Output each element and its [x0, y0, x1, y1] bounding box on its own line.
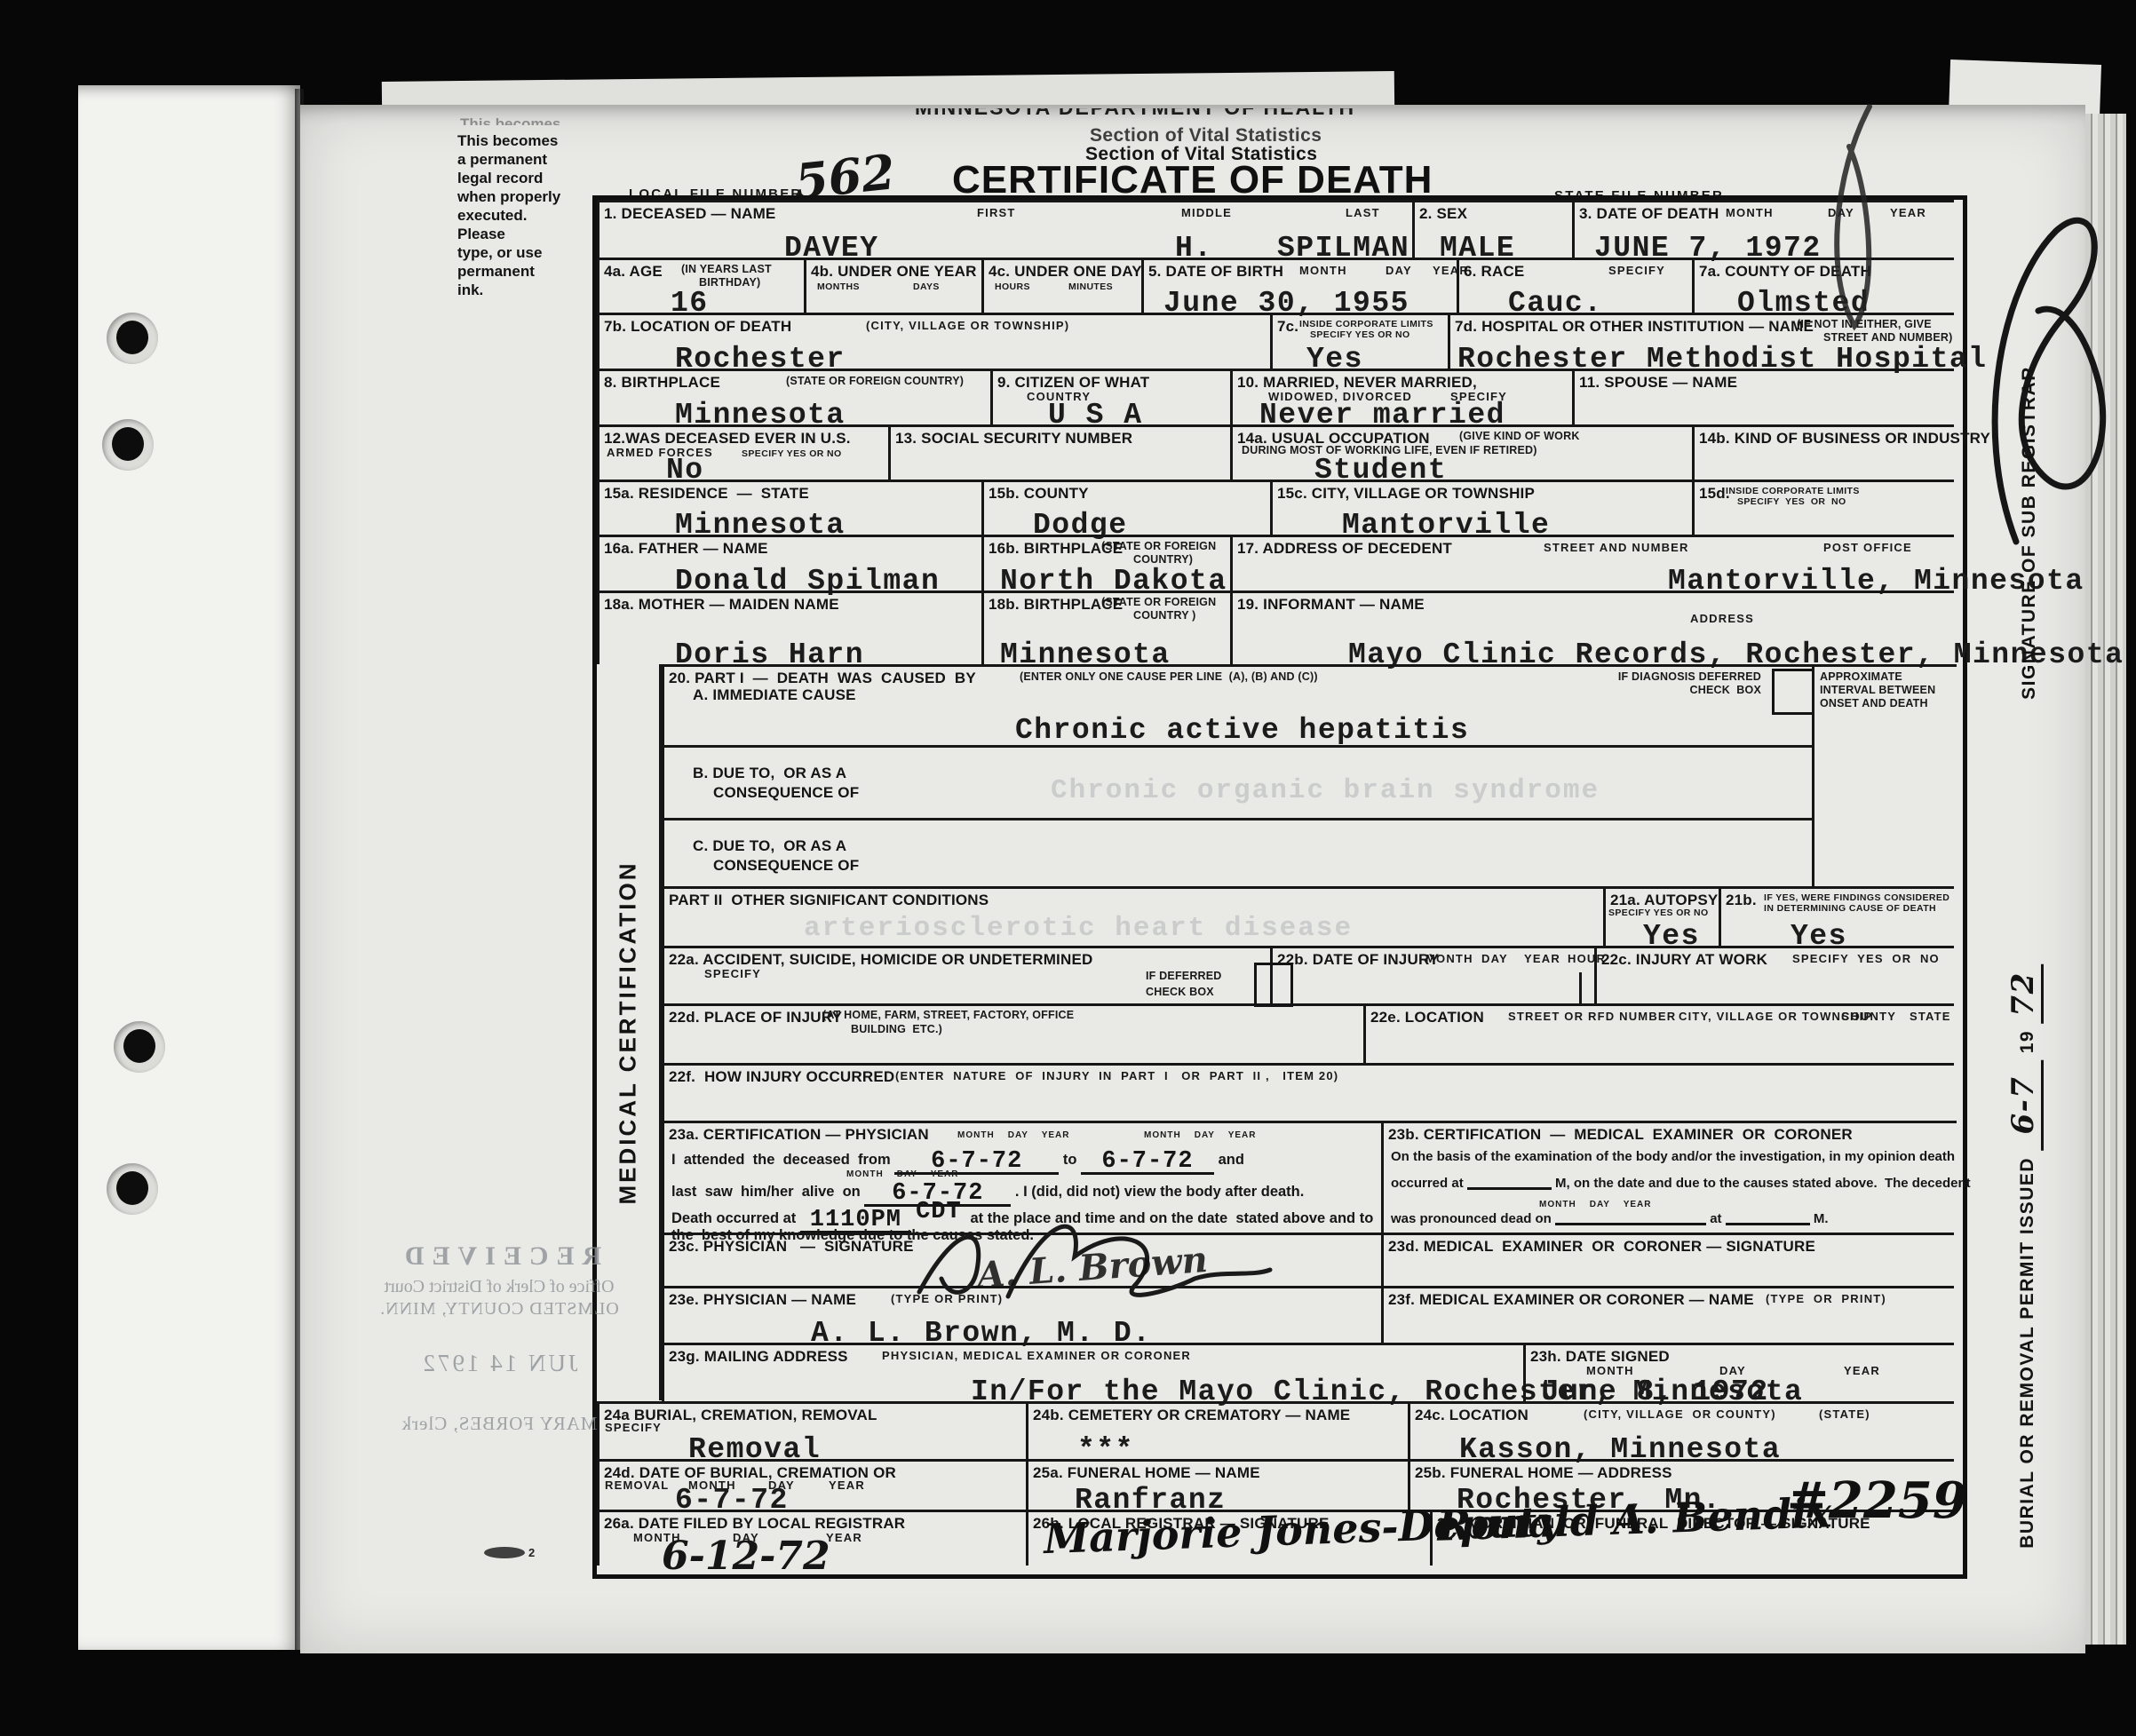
c8-label: 8. BIRTHPLACE — [604, 374, 720, 392]
c24d-sublabel-0: REMOVAL — [605, 1478, 669, 1492]
part1-due-to-c1: C. DUE TO, OR AS A — [693, 837, 846, 855]
field-c15b: 15b. COUNTYDodge — [981, 480, 1270, 535]
c7c-sublabel-0: INSIDE CORPORATE LIMITS — [1299, 319, 1433, 329]
c18b-sublabel-0: (STATE OR FOREIGN — [1101, 596, 1216, 608]
c23a-line2: last saw him/her alive on 6-7-72 . I (di… — [671, 1182, 1304, 1204]
c18a-label: 18a. MOTHER — MAIDEN NAME — [604, 596, 839, 614]
c1-sublabel-2: LAST — [1346, 206, 1380, 219]
c23a-mdy-caption2: MONTH DAY YEAR — [1144, 1130, 1257, 1140]
c23g-sublabel-0: PHYSICIAN, MEDICAL EXAMINER OR CORONER — [882, 1349, 1191, 1362]
attended-to-value: 6-7-72 — [1081, 1153, 1214, 1175]
part1-line-a — [664, 745, 1814, 748]
c23b-line1: On the basis of the examination of the b… — [1391, 1150, 1955, 1163]
hour-divider-tick — [1579, 972, 1582, 1003]
c23a-line1: I attended the deceased from 6-7-72 to 6… — [671, 1150, 1244, 1172]
field-c16a: 16a. FATHER — NAMEDonald Spilman — [597, 535, 981, 591]
field-c6: 6. RACESPECIFYCauc. — [1457, 258, 1692, 313]
field-c18a: 18a. MOTHER — MAIDEN NAMEDoris Harn — [597, 591, 981, 664]
c23b-l3a: was pronounced dead on — [1391, 1211, 1555, 1226]
c23b-label: 23b. CERTIFICATION — MEDICAL EXAMINER OR… — [1388, 1126, 1853, 1144]
c4c-sublabel-1: MINUTES — [1068, 281, 1113, 292]
c5-label: 5. DATE OF BIRTH — [1148, 263, 1283, 281]
c23e-label: 23e. PHYSICIAN — NAME — [669, 1291, 856, 1309]
c22d-sublabel-1: BUILDING ETC.) — [851, 1023, 942, 1035]
c15a-label: 15a. RESIDENCE — STATE — [604, 485, 809, 503]
c7b-sublabel-0: (CITY, VILLAGE OR TOWNSHIP) — [866, 319, 1069, 332]
sub-registrar-label: SIGNATURE OF SUB REGISTRAR — [2019, 366, 2040, 700]
stamp-office: Office of Clerk of District Court — [330, 1277, 668, 1297]
part1-immediate-cause-label: A. IMMEDIATE CAUSE — [693, 686, 856, 704]
c25b-label: 25b. FUNERAL HOME — ADDRESS — [1415, 1464, 1672, 1482]
burial-permit-year-prefix: 19 — [2017, 1030, 2037, 1053]
c23a-label: 23a. CERTIFICATION — PHYSICIAN — [669, 1126, 929, 1144]
field-c23f: 23f. MEDICAL EXAMINER OR CORONER — NAME(… — [1381, 1286, 1954, 1343]
part1-deferred-label1: IF DIAGNOSIS DEFERRED — [1561, 670, 1761, 683]
part1-label: 20. PART I — DEATH WAS CAUSED BY — [669, 670, 976, 687]
field-c24b: 24b. CEMETERY OR CREMATORY — NAME*** — [1026, 1401, 1408, 1459]
part1-due-to-b1: B. DUE TO, OR AS A — [693, 765, 846, 782]
union-printers-mark: 2 — [484, 1546, 535, 1559]
c22c-sublabel-0: SPECIFY YES OR NO — [1792, 952, 1940, 965]
burial-permit-year: 72 — [2005, 964, 2044, 1023]
c23a-mdy-caption1: MONTH DAY YEAR — [957, 1130, 1070, 1140]
field-c12: 12.WAS DECEASED EVER IN U.S.ARMED FORCES… — [597, 424, 888, 480]
c4b-sublabel-1: DAYS — [913, 281, 940, 292]
field-c17: 17. ADDRESS OF DECEDENTSTREET AND NUMBER… — [1230, 535, 1954, 591]
c3-label: 3. DATE OF DEATH — [1579, 205, 1719, 223]
c23f-sublabel-0: (TYPE OR PRINT) — [1766, 1292, 1886, 1305]
c22d-sublabel-0: (AT HOME, FARM, STREET, FACTORY, OFFICE — [822, 1009, 1074, 1021]
burial-permit-label: BURIAL OR REMOVAL PERMIT ISSUED — [2017, 1157, 2037, 1549]
field-c7b: 7b. LOCATION OF DEATH(CITY, VILLAGE OR T… — [597, 313, 1270, 369]
field-c22b: 22b. DATE OF INJURYMONTHDAYYEARHOUR — [1270, 946, 1594, 1003]
pen-flourish — [1803, 93, 1918, 342]
stamp-date: JUN 14 1972 — [330, 1350, 668, 1377]
burial-permit-line: BURIAL OR REMOVAL PERMIT ISSUED 6-7 19 7… — [2008, 964, 2038, 1549]
c23h-sublabel-2: YEAR — [1844, 1364, 1880, 1377]
c2-label: 2. SEX — [1419, 205, 1467, 223]
sub-registrar-area: SIGNATURE OF SUB REGISTRAR — [2003, 284, 2056, 781]
field-c23h: 23h. DATE SIGNEDMONTHDAYYEARJune 8, 1972 — [1523, 1343, 1954, 1401]
c14a-sublabel-0: (GIVE KIND OF WORK — [1459, 430, 1580, 442]
c19-label: 19. INFORMANT — NAME — [1237, 596, 1425, 614]
c15c-label: 15c. CITY, VILLAGE OR TOWNSHIP — [1277, 485, 1535, 503]
field-part1: 20. PART I — DEATH WAS CAUSED BY A. IMME… — [662, 664, 1814, 889]
c23g-label: 23g. MAILING ADDRESS — [669, 1348, 848, 1366]
field-c5: 5. DATE OF BIRTHMONTHDAYYEARJune 30, 195… — [1141, 258, 1457, 313]
c7c-sublabel-1: SPECIFY YES OR NO — [1310, 329, 1410, 340]
c22b-sublabel-0: MONTH — [1425, 952, 1473, 965]
c23a-l1a: I attended the deceased from — [671, 1152, 894, 1168]
injury-deferred-label1: IF DEFERRED — [1146, 970, 1222, 982]
union-bug-icon — [484, 1547, 525, 1558]
c23a-l3a: Death occurred at — [671, 1210, 800, 1226]
c22f-sublabel-0: (ENTER NATURE OF INJURY IN PART I OR PAR… — [895, 1069, 1338, 1082]
c23b-l3c: M. — [1810, 1211, 1829, 1226]
interval-label: APPROXIMATE INTERVAL BETWEEN ONSET AND D… — [1820, 670, 1949, 710]
c23b-mdy-caption: MONTH DAY YEAR — [1539, 1200, 1652, 1209]
cp2-label: PART II OTHER SIGNIFICANT CONDITIONS — [669, 892, 989, 909]
field-interval: APPROXIMATE INTERVAL BETWEEN ONSET AND D… — [1812, 664, 1957, 889]
field-c22f: 22f. HOW INJURY OCCURRED(ENTER NATURE OF… — [662, 1063, 1954, 1121]
field-c14a: 14a. USUAL OCCUPATION(GIVE KIND OF WORKD… — [1230, 424, 1692, 480]
field-c26a: 26a. DATE FILED BY LOCAL REGISTRARMONTHD… — [597, 1510, 1026, 1566]
c4c-sublabel-0: HOURS — [995, 281, 1030, 292]
burial-permit-date: 6-7 — [2005, 1060, 2044, 1151]
c23b-l2b: M, on the date and due to the causes sta… — [1552, 1176, 1971, 1191]
c4c-label: 4c. UNDER ONE DAY — [989, 263, 1142, 281]
c1-label: 1. DECEASED — NAME — [604, 205, 775, 223]
c23d-label: 23d. MEDICAL EXAMINER OR CORONER — SIGNA… — [1388, 1238, 1815, 1256]
c22b-sublabel-1: DAY — [1481, 952, 1508, 965]
c7b-label: 7b. LOCATION OF DEATH — [604, 318, 791, 336]
c24b-label: 24b. CEMETERY OR CREMATORY — NAME — [1033, 1407, 1350, 1424]
c1-sublabel-1: MIDDLE — [1181, 206, 1232, 219]
field-c16b: 16b. BIRTHPLACE(STATE OR FOREIGNCOUNTRY)… — [981, 535, 1230, 591]
c19-sublabel-0: ADDRESS — [1690, 612, 1754, 625]
field-c22d: 22d. PLACE OF INJURY(AT HOME, FARM, STRE… — [662, 1003, 1363, 1063]
part1-note: (ENTER ONLY ONE CAUSE PER LINE (A), (B) … — [1020, 670, 1318, 683]
field-c7c: 7c.INSIDE CORPORATE LIMITSSPECIFY YES OR… — [1270, 313, 1448, 369]
c5-sublabel-0: MONTH — [1299, 264, 1347, 277]
c11-label: 11. SPOUSE — NAME — [1579, 374, 1737, 392]
c26a-sublabel-2: YEAR — [826, 1531, 862, 1544]
field-c24c: 24c. LOCATION(CITY, VILLAGE OR COUNTY)(S… — [1408, 1401, 1954, 1459]
field-c1: 1. DECEASED — NAMEFIRSTMIDDLELASTDAVEYH.… — [597, 200, 1412, 258]
c23f-label: 23f. MEDICAL EXAMINER OR CORONER — NAME — [1388, 1291, 1754, 1309]
c22e-label: 22e. LOCATION — [1370, 1009, 1484, 1027]
c23b-l2a: occurred at — [1391, 1176, 1467, 1191]
c17-sublabel-0: STREET AND NUMBER — [1544, 541, 1689, 554]
c7d-label: 7d. HOSPITAL OR OTHER INSTITUTION — NAME — [1455, 318, 1814, 336]
field-c8: 8. BIRTHPLACE(STATE OR FOREIGN COUNTRY)M… — [597, 369, 990, 424]
injury-deferred-label2: CHECK BOX — [1146, 986, 1214, 998]
c16b-sublabel-1: COUNTRY) — [1133, 553, 1193, 566]
field-c10: 10. MARRIED, NEVER MARRIED,WIDOWED, DIVO… — [1230, 369, 1572, 424]
stamp-received: RECEIVED — [330, 1241, 668, 1272]
mortician-signature: Ronald A. Bendix — [1436, 1492, 1832, 1546]
c22e-sublabel-3: STATE — [1910, 1010, 1951, 1023]
diagnosis-deferred-checkbox — [1772, 669, 1814, 715]
c1-sublabel-0: FIRST — [977, 206, 1016, 219]
c23b-line3: was pronounced dead on at M. — [1391, 1212, 1829, 1225]
immediate-cause-value: Chronic active hepatitis — [1015, 716, 1469, 745]
field-c23b: 23b. CERTIFICATION — MEDICAL EXAMINER OR… — [1381, 1121, 1957, 1235]
c6-label: 6. RACE — [1464, 263, 1524, 281]
field-c22e: 22e. LOCATIONSTREET OR RFD NUMBERCITY, V… — [1363, 1003, 1954, 1063]
c25a-label: 25a. FUNERAL HOME — NAME — [1033, 1464, 1260, 1482]
c22c-label: 22c. INJURY AT WORK — [1601, 951, 1767, 969]
field-c9: 9. CITIZEN OF WHATCOUNTRYU S A — [990, 369, 1230, 424]
burial-permit-area: BURIAL OR REMOVAL PERMIT ISSUED 6-7 19 7… — [1997, 888, 2050, 1625]
c15d-sublabel-1: SPECIFY YES OR NO — [1737, 496, 1846, 507]
c13-label: 13. SOCIAL SECURITY NUMBER — [895, 430, 1132, 448]
bleedthrough-cause-b: Chronic organic brain syndrome — [1051, 775, 1600, 806]
c22b-label: 22b. DATE OF INJURY — [1277, 951, 1439, 969]
c22d-label: 22d. PLACE OF INJURY — [669, 1009, 842, 1027]
field-c4c: 4c. UNDER ONE DAYHOURSMINUTES — [981, 258, 1141, 313]
c23a-l1b: to — [1059, 1152, 1081, 1168]
c22a-sublabel-0: SPECIFY — [704, 967, 761, 980]
c24c-label: 24c. LOCATION — [1415, 1407, 1529, 1424]
c22e-sublabel-0: STREET OR RFD NUMBER — [1508, 1010, 1676, 1023]
field-c15c: 15c. CITY, VILLAGE OR TOWNSHIPMantorvill… — [1270, 480, 1692, 535]
c22e-sublabel-2: COUNTY — [1841, 1010, 1896, 1023]
c4b-label: 4b. UNDER ONE YEAR — [811, 263, 977, 281]
stamp-clerk: MARY FORBES, Clerk — [330, 1413, 668, 1435]
c24c-sublabel-0: (CITY, VILLAGE OR COUNTY) — [1584, 1407, 1776, 1421]
c7c-label: 7c. — [1277, 318, 1298, 336]
c26a-value: 6-12-72 — [662, 1537, 830, 1576]
c17-sublabel-1: POST OFFICE — [1823, 541, 1912, 554]
bleedthrough-part2: arteriosclerotic heart disease — [804, 913, 1353, 944]
field-c11: 11. SPOUSE — NAME — [1572, 369, 1954, 424]
received-stamp-mirrored: RECEIVED Office of Clerk of District Cou… — [330, 1241, 668, 1477]
c24d-sublabel-3: YEAR — [829, 1478, 865, 1492]
c5-sublabel-1: DAY — [1386, 264, 1412, 277]
c21b-sublabel-0: IF YES, WERE FINDINGS CONSIDERED — [1764, 892, 1949, 903]
field-c21a: 21a. AUTOPSYSPECIFY YES OR NOYes — [1603, 886, 1719, 946]
field-c15a: 15a. RESIDENCE — STATEMinnesota — [597, 480, 981, 535]
field-c13: 13. SOCIAL SECURITY NUMBER — [888, 424, 1230, 480]
c23a-l2a: last saw him/her alive on — [671, 1184, 864, 1200]
c16b-sublabel-0: (STATE OR FOREIGN — [1101, 540, 1216, 552]
c6-sublabel-0: SPECIFY — [1608, 264, 1665, 277]
c15d-sublabel-0: INSIDE CORPORATE LIMITS — [1726, 486, 1860, 496]
c21a-sublabel-0: SPECIFY YES OR NO — [1608, 908, 1709, 918]
scanned-death-certificate: MINNESOTA DEPARTMENT OF HEALTH Section o… — [0, 0, 2136, 1736]
field-c4a: 4a. AGE(IN YEARS LASTBIRTHDAY)16 — [597, 258, 804, 313]
part1-line-b — [664, 818, 1814, 820]
medical-certification-label: MEDICAL CERTIFICATION — [615, 860, 642, 1204]
injury-deferred-checkbox — [1254, 963, 1293, 1007]
field-c14b: 14b. KIND OF BUSINESS OR INDUSTRY — [1692, 424, 1954, 480]
c23b-line2: occurred at M, on the date and due to th… — [1391, 1177, 1971, 1190]
c4a-sublabel-0: (IN YEARS LAST — [681, 263, 772, 275]
stamp-county: OLMSTED COUNTY, MINN. — [330, 1299, 668, 1320]
c4a-label: 4a. AGE — [604, 263, 663, 281]
field-c22c: 22c. INJURY AT WORKSPECIFY YES OR NO — [1594, 946, 1954, 1003]
field-c23g: 23g. MAILING ADDRESSPHYSICIAN, MEDICAL E… — [662, 1343, 1523, 1401]
c3-sublabel-0: MONTH — [1726, 206, 1774, 219]
c23b-l3b: at — [1706, 1211, 1726, 1226]
field-c21b: 21b.IF YES, WERE FINDINGS CONSIDEREDIN D… — [1719, 886, 1954, 946]
part1-deferred-label2: CHECK BOX — [1561, 684, 1761, 696]
field-c4b: 4b. UNDER ONE YEARMONTHSDAYS — [804, 258, 981, 313]
c21b-label: 21b. — [1726, 892, 1757, 909]
c17-label: 17. ADDRESS OF DECEDENT — [1237, 540, 1452, 558]
part1-due-to-b2: CONSEQUENCE OF — [713, 784, 859, 802]
field-c19: 19. INFORMANT — NAMEADDRESSMayo Clinic R… — [1230, 591, 1954, 664]
c24c-sublabel-1: (STATE) — [1819, 1407, 1870, 1421]
c12-sublabel-1: SPECIFY YES OR NO — [742, 448, 842, 459]
field-c15d: 15d.INSIDE CORPORATE LIMITSSPECIFY YES O… — [1692, 480, 1954, 535]
c4b-sublabel-0: MONTHS — [817, 281, 860, 292]
field-c25a: 25a. FUNERAL HOME — NAMERanfranz — [1026, 1459, 1408, 1510]
part1-due-to-c2: CONSEQUENCE OF — [713, 857, 859, 875]
field-c2: 2. SEXMALE — [1412, 200, 1572, 258]
mortician-license-number: #2259 — [1787, 1476, 1967, 1526]
field-c18b: 18b. BIRTHPLACE(STATE OR FOREIGNCOUNTRY … — [981, 591, 1230, 664]
c16a-label: 16a. FATHER — NAME — [604, 540, 768, 558]
c8-sublabel-0: (STATE OR FOREIGN COUNTRY) — [786, 375, 964, 387]
c14b-label: 14b. KIND OF BUSINESS OR INDUSTRY — [1699, 430, 1990, 448]
c18b-sublabel-1: COUNTRY ) — [1133, 609, 1196, 622]
c23a-l2b: . I (did, did not) view the body after d… — [1011, 1184, 1304, 1200]
c22b-sublabel-2: YEAR — [1524, 952, 1560, 965]
union-mark-number: 2 — [528, 1546, 535, 1559]
c21b-sublabel-1: IN DETERMINING CAUSE OF DEATH — [1764, 903, 1936, 914]
c23a-mdy-caption3: MONTH DAY YEAR — [846, 1169, 959, 1179]
c23a-l1c: and — [1214, 1152, 1244, 1168]
field-c23d: 23d. MEDICAL EXAMINER OR CORONER — SIGNA… — [1381, 1233, 1954, 1286]
c15b-label: 15b. COUNTY — [989, 485, 1089, 503]
c22f-label: 22f. HOW INJURY OCCURRED — [669, 1068, 894, 1086]
